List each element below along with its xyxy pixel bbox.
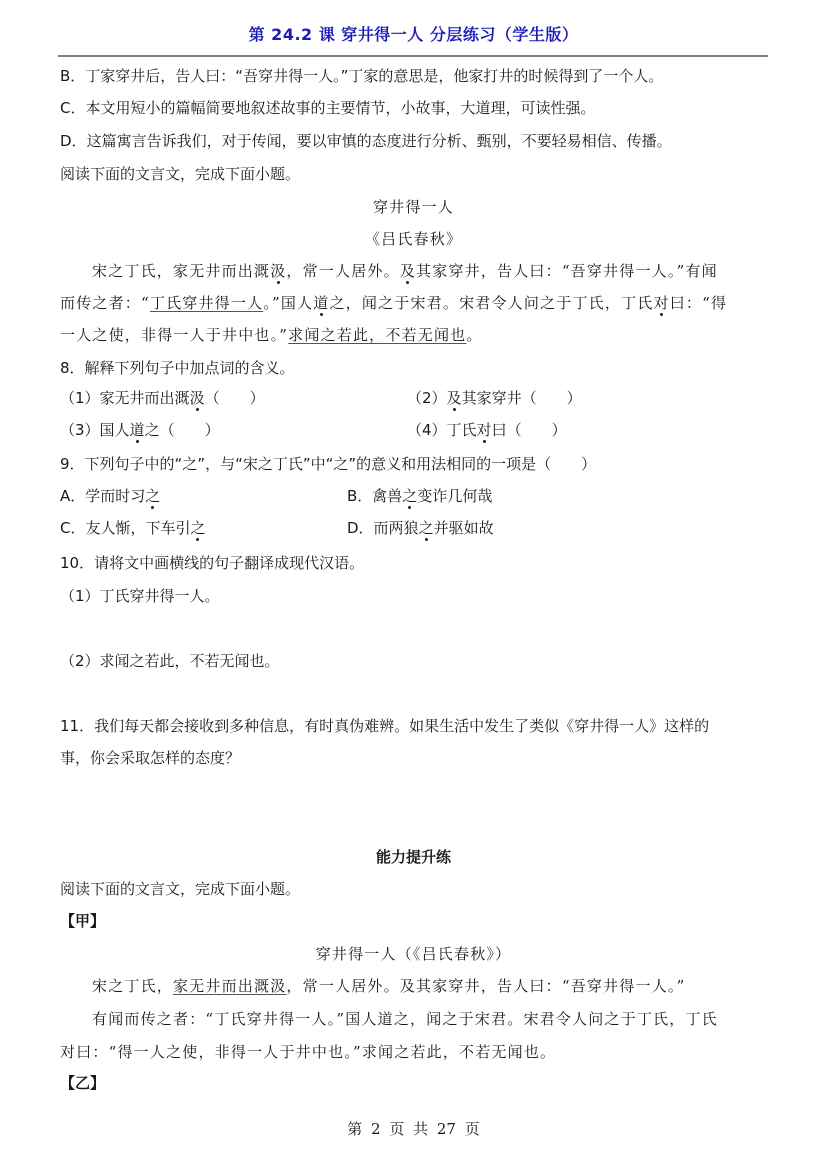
page-number: 第 2 页 共 27 页 xyxy=(0,1118,827,1139)
text: （3）国人 xyxy=(60,421,130,439)
underlined-sentence-1: 丁氏穿井得一人 xyxy=(150,294,263,312)
section-instruction: 阅读下面的文言文，完成下面小题。 xyxy=(60,879,300,899)
q8-item-2: （2）及其家穿井（ ） xyxy=(407,388,582,408)
passage-paragraph-line-3: 一人之使，非得一人于井中也。”求闻之若此，不若无闻也。 xyxy=(60,325,483,345)
question-8-row-2: （3）国人道之（ ） （4）丁氏对曰（ ） xyxy=(60,420,760,440)
answer-blank[interactable]: 其家穿井（ ） xyxy=(462,389,582,407)
q9-option-a[interactable]: A．学而时习之 xyxy=(60,487,160,505)
dotted-char: 及 xyxy=(400,262,416,280)
q8-item-1: （1）家无井而出溉汲（ ） xyxy=(60,389,265,407)
text: ，常一人居外。及其家穿井，告人曰：“吾穿井得一人。” xyxy=(286,977,685,995)
text: 一人之使，非得一人于井中也。” xyxy=(60,326,288,344)
text: （2） xyxy=(407,389,447,407)
underlined-sentence-2: 求闻之若此，不若无闻也 xyxy=(288,326,466,344)
text: 。 xyxy=(466,326,482,344)
text: 曰：“得 xyxy=(670,294,727,312)
option-text: 丁家穿井后，告人曰：“吾穿井得一人。”丁家的意思是，他家打井的时候得到了一个人。 xyxy=(85,67,663,85)
option-letter: D． xyxy=(60,132,87,150)
question-9-stem: 9．下列句子中的“之”，与“宋之丁氏”中“之”的意义和用法相同的一项是（ ） xyxy=(60,454,596,474)
q8-item-4: （4）丁氏对曰（ ） xyxy=(407,420,567,440)
option-letter: C． xyxy=(60,99,85,117)
section-title: 能力提升练 xyxy=(0,846,827,867)
text: 变诈几何哉 xyxy=(417,487,492,505)
q9-option-d[interactable]: D．而两狼之并驱如故 xyxy=(347,518,494,538)
q9-option-b[interactable]: B．禽兽之变诈几何哉 xyxy=(347,486,492,506)
passage-paragraph-line-2: 而传之者：“丁氏穿井得一人。”国人道之，闻之于宋君。宋君令人问之于丁氏，丁氏对曰… xyxy=(60,293,727,313)
jia-paragraph-line-3: 对曰：“得一人之使，非得一人于井中也。”求闻之若此，不若无闻也。 xyxy=(60,1042,556,1062)
question-9-row-2: C．友人惭，下车引之 D．而两狼之并驱如故 xyxy=(60,518,760,538)
text: 之，闻之于宋君。宋君令人问之于丁氏，丁氏 xyxy=(329,294,653,312)
label-jia: 【甲】 xyxy=(60,911,105,931)
text: C．友人惭，下车引 xyxy=(60,519,190,537)
text: 其家穿井，告人曰：“吾穿井得一人。”有闻 xyxy=(416,262,718,280)
text: （4）丁氏 xyxy=(407,421,477,439)
question-10-item-1: （1）丁氏穿井得一人。 xyxy=(60,586,220,606)
text: 而传之者：“ xyxy=(60,294,150,312)
text: 宋之丁氏， xyxy=(92,977,173,995)
option-text: 本文用短小的篇幅简要地叙述故事的主要情节，小故事，大道理，可读性强。 xyxy=(85,99,595,117)
dotted-char: 对 xyxy=(477,421,492,439)
dotted-char: 之 xyxy=(145,487,160,505)
option-text: 这篇寓言告诉我们，对于传闻，要以审慎的态度进行分析、甄别，不要轻易相信、传播。 xyxy=(87,132,672,150)
passage-paragraph-line-1: 宋之丁氏，家无井而出溉汲，常一人居外。及其家穿井，告人曰：“吾穿井得一人。”有闻 xyxy=(92,261,718,281)
jia-paragraph-line-2: 有闻而传之者：“丁氏穿井得一人。”国人道之，闻之于宋君。宋君令人问之于丁氏，丁氏 xyxy=(92,1009,718,1029)
dotted-char: 对 xyxy=(653,294,669,312)
option-c: C．本文用短小的篇幅简要地叙述故事的主要情节，小故事，大道理，可读性强。 xyxy=(60,98,596,118)
text: D．而两狼 xyxy=(347,519,419,537)
text: A．学而时习 xyxy=(60,487,145,505)
question-11-line-2: 事，你会采取怎样的态度？ xyxy=(60,748,240,768)
jia-paragraph-line-1: 宋之丁氏，家无井而出溉汲，常一人居外。及其家穿井，告人曰：“吾穿井得一人。” xyxy=(92,976,685,996)
passage-title: 穿井得一人 xyxy=(0,197,827,217)
label-yi: 【乙】 xyxy=(60,1073,105,1093)
option-b: B．丁家穿井后，告人曰：“吾穿井得一人。”丁家的意思是，他家打井的时候得到了一个… xyxy=(60,66,663,86)
text: B．禽兽 xyxy=(347,487,402,505)
answer-blank[interactable]: 之（ ） xyxy=(145,421,220,439)
header-rule xyxy=(58,55,768,57)
question-9-row-1: A．学而时习之 B．禽兽之变诈几何哉 xyxy=(60,486,760,506)
q9-option-c[interactable]: C．友人惭，下车引之 xyxy=(60,519,206,537)
question-10-stem: 10．请将文中画横线的句子翻译成现代汉语。 xyxy=(60,553,364,573)
dotted-char: 道 xyxy=(313,294,329,312)
text: ，常一人居外。 xyxy=(286,262,399,280)
dotted-char: 之 xyxy=(190,519,205,537)
question-8-row-1: （1）家无井而出溉汲（ ） （2）及其家穿井（ ） xyxy=(60,388,760,408)
option-letter: B． xyxy=(60,67,85,85)
text: 并驱如故 xyxy=(434,519,494,537)
question-10-item-2: （2）求闻之若此，不若无闻也。 xyxy=(60,651,280,671)
dotted-char: 道 xyxy=(130,421,145,439)
underlined-phrase: 家无井而出溉汲 xyxy=(173,977,286,995)
jia-title: 穿井得一人（《吕氏春秋》） xyxy=(0,944,827,964)
option-d: D．这篇寓言告诉我们，对于传闻，要以审慎的态度进行分析、甄别，不要轻易相信、传播… xyxy=(60,131,672,151)
dotted-char: 汲 xyxy=(270,262,286,280)
text: 。”国人 xyxy=(263,294,313,312)
dotted-char: 汲 xyxy=(190,389,205,407)
question-11-line-1: 11．我们每天都会接收到多种信息，有时真伪难辨。如果生活中发生了类似《穿井得一人… xyxy=(60,716,709,736)
answer-blank[interactable]: 曰（ ） xyxy=(492,421,567,439)
dotted-char: 及 xyxy=(447,389,462,407)
dotted-char: 之 xyxy=(402,487,417,505)
question-8-stem: 8．解释下列句子中加点词的含义。 xyxy=(60,358,295,378)
page-header-title: 第 24.2 课 穿井得一人 分层练习（学生版） xyxy=(0,22,827,45)
answer-blank[interactable]: （ ） xyxy=(205,389,265,407)
passage-source: 《吕氏春秋》 xyxy=(0,229,827,249)
q8-item-3: （3）国人道之（ ） xyxy=(60,421,220,439)
dotted-char: 之 xyxy=(419,519,434,537)
reading-instruction: 阅读下面的文言文，完成下面小题。 xyxy=(60,164,300,184)
text: 宋之丁氏，家无井而出溉 xyxy=(92,262,270,280)
text: （1）家无井而出溉 xyxy=(60,389,190,407)
